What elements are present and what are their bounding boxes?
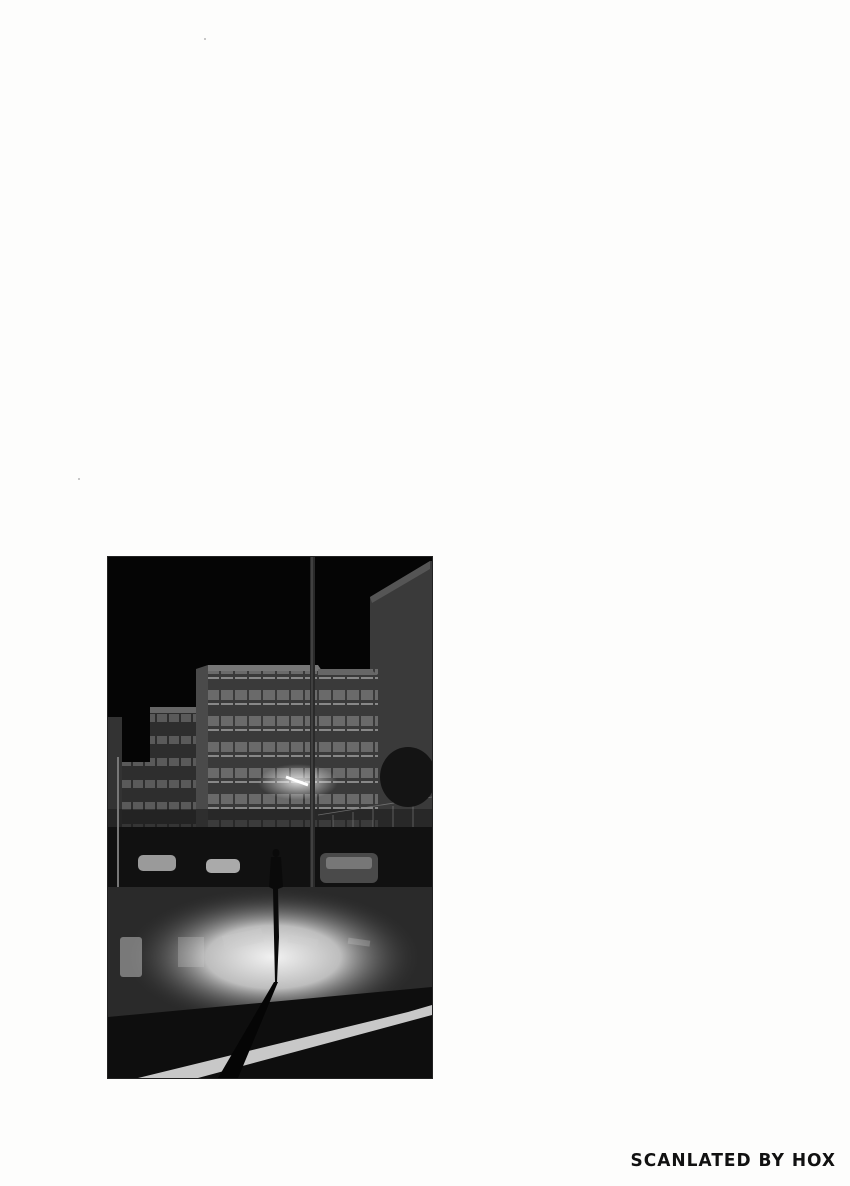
scan-speck [78,478,80,480]
night-street-panel [107,556,433,1079]
scan-speck [204,38,206,40]
manga-page: SCANLATED BY HOX [0,0,850,1186]
scanlation-credit: SCANLATED BY HOX [631,1151,836,1172]
night-street-illustration [108,557,432,1078]
